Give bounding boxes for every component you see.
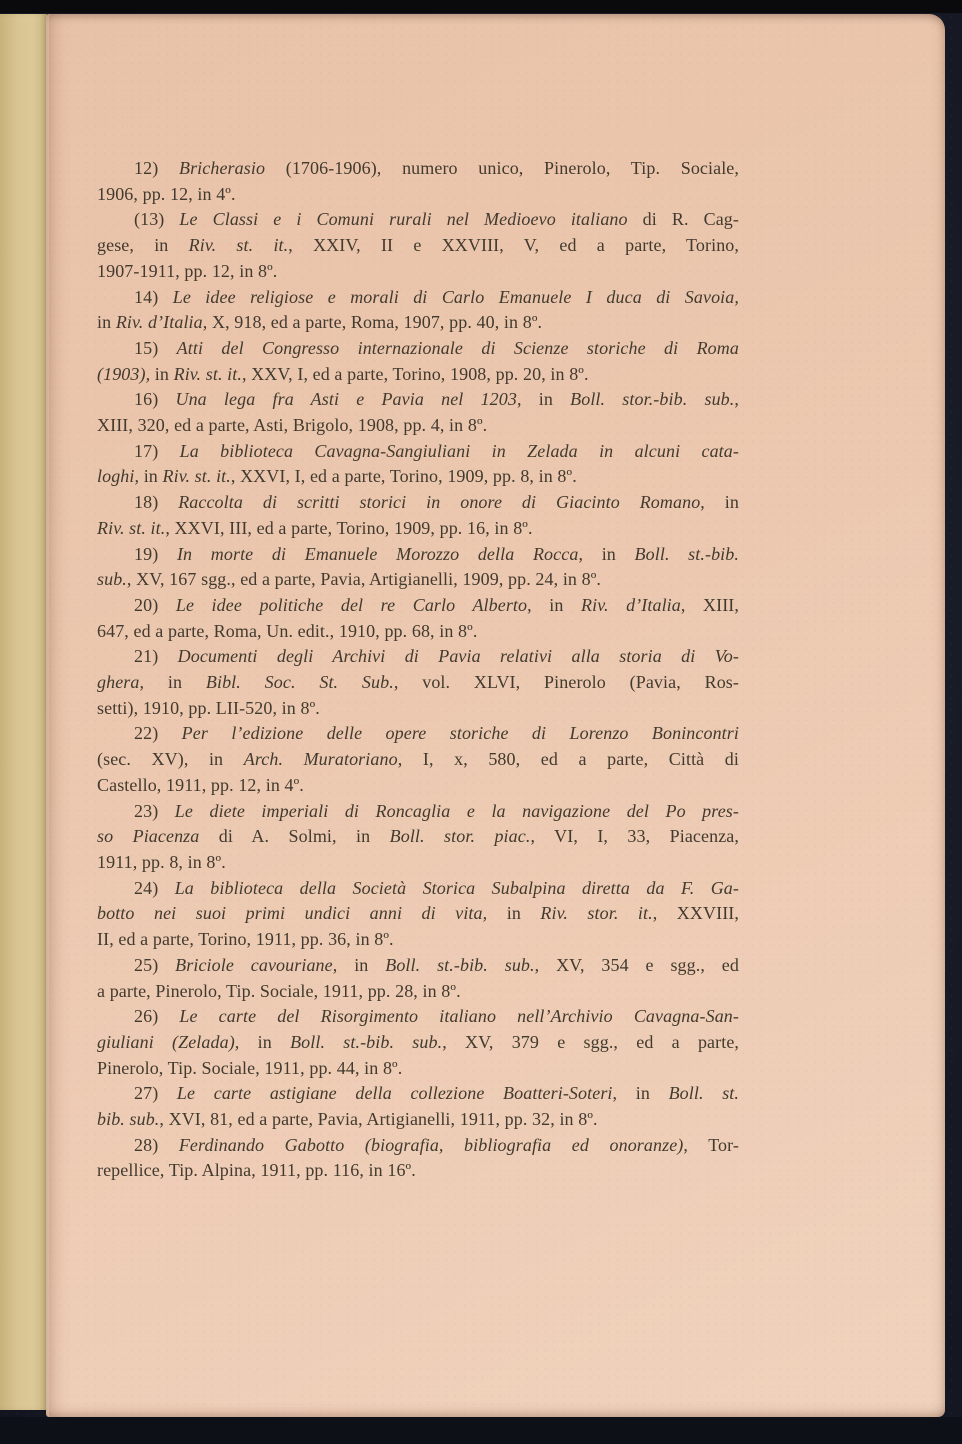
roman-text-run: , in — [613, 1083, 669, 1103]
roman-text-run: , I, x, 580, ed a parte, Città di — [398, 749, 739, 769]
italic-text-run: Le Classi e i Comuni rurali nel Medioevo… — [179, 209, 627, 229]
scan-top-edge — [0, 0, 962, 13]
roman-text-run: , Tor- — [683, 1135, 739, 1155]
bib-entry-line: 26) Le carte del Risorgimento italiano n… — [97, 1004, 739, 1030]
bib-entry-line: 23) Le diete imperiali di Roncaglia e la… — [97, 799, 739, 825]
roman-text-run: 21) — [134, 646, 178, 666]
italic-text-run: Ferdinando Gabotto (biografia, bibliogra… — [179, 1135, 684, 1155]
italic-text-run: Bricherasio — [179, 158, 265, 178]
roman-text-run: 24) — [134, 878, 175, 898]
bib-entry-line: 16) Una lega fra Asti e Pavia nel 1203, … — [97, 387, 739, 413]
bib-entry-line: sub., XV, 167 sgg., ed a parte, Pavia, A… — [97, 567, 739, 593]
bib-entry-line: in Riv. d’Italia, X, 918, ed a parte, Ro… — [97, 310, 739, 336]
bib-entry-line: (sec. XV), in Arch. Muratoriano, I, x, 5… — [97, 747, 739, 773]
bib-entry-line: 1906, pp. 12, in 4º. — [97, 182, 739, 208]
italic-text-run: Una lega fra Asti e Pavia nel 1203 — [175, 389, 517, 409]
italic-text-run: Boll. st.-bib. sub. — [290, 1032, 442, 1052]
roman-text-run: , in — [517, 389, 570, 409]
italic-text-run: Boll. stor.-bib. sub. — [570, 389, 734, 409]
italic-text-run: loghi, — [97, 466, 139, 486]
bib-entry-line: 647, ed a parte, Roma, Un. edit., 1910, … — [97, 619, 739, 645]
bib-entry-line: 24) La biblioteca della Società Storica … — [97, 876, 739, 902]
italic-text-run: Riv. st. it. — [174, 364, 242, 384]
italic-text-run: Le idee religiose e morali di Carlo Eman… — [173, 287, 739, 307]
bib-entry-line: botto nei suoi primi undici anni di vita… — [97, 901, 739, 927]
italic-text-run: Boll. stor. piac. — [390, 826, 531, 846]
italic-text-run: Documenti degli Archivi di Pavia relativ… — [178, 646, 739, 666]
roman-text-run: (13) — [134, 209, 179, 229]
italic-text-run: Per l’edizione delle opere storiche di L… — [182, 723, 739, 743]
italic-text-run: Riv. st. it. — [97, 518, 165, 538]
roman-text-run: setti), 1910, pp. LII-520, in 8º. — [97, 698, 320, 718]
roman-text-run: 19) — [134, 544, 177, 564]
roman-text-run: , — [734, 389, 739, 409]
roman-text-run: 17) — [134, 441, 180, 461]
roman-text-run: , XXVIII, — [653, 903, 739, 923]
roman-text-run: (sec. XV), in — [97, 749, 244, 769]
bib-entry: 14) Le idee religiose e morali di Carlo … — [97, 285, 739, 336]
roman-text-run: di A. Solmi, in — [199, 826, 389, 846]
italic-text-run: In morte di Emanuele Morozzo della Rocca — [177, 544, 579, 564]
italic-text-run: Atti del Congresso internazionale di Sci… — [177, 338, 739, 358]
bib-entry: 23) Le diete imperiali di Roncaglia e la… — [97, 799, 739, 876]
bib-entry-line: 1911, pp. 8, in 8º. — [97, 850, 739, 876]
italic-text-run: Le idee politiche del re Carlo Alberto — [176, 595, 527, 615]
italic-text-run: Riv. st. it. — [189, 235, 289, 255]
roman-text-run: , X, 918, ed a parte, Roma, 1907, pp. 40… — [203, 312, 542, 332]
roman-text-run: in — [144, 672, 206, 692]
bib-entry-line: so Piacenza di A. Solmi, in Boll. stor. … — [97, 824, 739, 850]
bib-entry-line: 18) Raccolta di scritti storici in onore… — [97, 490, 739, 516]
roman-text-run: 12) — [134, 158, 179, 178]
roman-text-run: , in — [527, 595, 581, 615]
italic-text-run: Riv. d’Italia — [116, 312, 203, 332]
roman-text-run: 1907-1911, pp. 12, in 8º. — [97, 261, 277, 281]
roman-text-run: , XXVI, I, ed a parte, Torino, 1909, pp.… — [231, 466, 577, 486]
italic-text-run: giuliani (Zelada), — [97, 1032, 239, 1052]
bib-entry-line: 22) Per l’edizione delle opere storiche … — [97, 721, 739, 747]
roman-text-run: in — [239, 1032, 290, 1052]
bib-entry: 15) Atti del Congresso internazionale di… — [97, 336, 739, 387]
bib-entry-line: 20) Le idee politiche del re Carlo Alber… — [97, 593, 739, 619]
roman-text-run: , vol. XLVI, Pinerolo (Pavia, Ros- — [394, 672, 739, 692]
bib-entry-line: Pinerolo, Tip. Sociale, 1911, pp. 44, in… — [97, 1056, 739, 1082]
italic-text-run: botto nei suoi primi undici anni di vita… — [97, 903, 487, 923]
roman-text-run: , XVI, 81, ed a parte, Pavia, Artigianel… — [159, 1109, 597, 1129]
bib-entry: 21) Documenti degli Archivi di Pavia rel… — [97, 644, 739, 721]
italic-text-run: La biblioteca della Società Storica Suba… — [175, 878, 739, 898]
bibliography-entries: 12) Bricherasio (1706-1906), numero unic… — [97, 156, 739, 1184]
roman-text-run: in — [97, 312, 116, 332]
roman-text-run: in — [487, 903, 540, 923]
scan-bottom-edge — [0, 1417, 962, 1444]
italic-text-run: Riv. stor. it. — [540, 903, 652, 923]
bib-entry-line: 28) Ferdinando Gabotto (biografia, bibli… — [97, 1133, 739, 1159]
roman-text-run: II, ed a parte, Torino, 1911, pp. 36, in… — [97, 929, 394, 949]
italic-text-run: sub. — [97, 569, 127, 589]
bib-entry-line: bib. sub., XVI, 81, ed a parte, Pavia, A… — [97, 1107, 739, 1133]
underlying-page-edge — [0, 14, 47, 1410]
italic-text-run: Arch. Muratoriano — [244, 749, 398, 769]
italic-text-run: bib. sub. — [97, 1109, 159, 1129]
roman-text-run: 15) — [134, 338, 177, 358]
bib-entry-line: XIII, 320, ed a parte, Asti, Brigolo, 19… — [97, 413, 739, 439]
bib-entry-line: 27) Le carte astigiane della collezione … — [97, 1081, 739, 1107]
roman-text-run: 28) — [134, 1135, 179, 1155]
italic-text-run: Bibl. Soc. St. Sub. — [206, 672, 394, 692]
roman-text-run: , in — [578, 544, 634, 564]
roman-text-run: (1706-1906), numero unico, Pinerolo, Tip… — [265, 158, 739, 178]
roman-text-run: Castello, 1911, pp. 12, in 4º. — [97, 775, 304, 795]
roman-text-run: , XV, 167 sgg., ed a parte, Pavia, Artig… — [127, 569, 601, 589]
book-page: 12) Bricherasio (1706-1906), numero unic… — [46, 14, 945, 1417]
roman-text-run: , XIII, — [681, 595, 739, 615]
roman-text-run: 1911, pp. 8, in 8º. — [97, 852, 226, 872]
roman-text-run: , in — [700, 492, 739, 512]
roman-text-run: XIII, 320, ed a parte, Asti, Brigolo, 19… — [97, 415, 487, 435]
bib-entry: 18) Raccolta di scritti storici in onore… — [97, 490, 739, 541]
roman-text-run: , VI, I, 33, Piacenza, — [530, 826, 739, 846]
italic-text-run: Le carte del Risorgimento italiano nell’… — [179, 1006, 739, 1026]
roman-text-run: 647, ed a parte, Roma, Un. edit., 1910, … — [97, 621, 477, 641]
bib-entry: 17) La biblioteca Cavagna-Sangiuliani in… — [97, 439, 739, 490]
bib-entry-line: a parte, Pinerolo, Tip. Sociale, 1911, p… — [97, 979, 739, 1005]
roman-text-run: 1906, pp. 12, in 4º. — [97, 184, 236, 204]
roman-text-run: 20) — [134, 595, 176, 615]
roman-text-run: repellice, Tip. Alpina, 1911, pp. 116, i… — [97, 1160, 416, 1180]
roman-text-run: gese, in — [97, 235, 189, 255]
bib-entry-line: 15) Atti del Congresso internazionale di… — [97, 336, 739, 362]
bib-entry-line: setti), 1910, pp. LII-520, in 8º. — [97, 696, 739, 722]
bib-entry-line: (1903), in Riv. st. it., XXV, I, ed a pa… — [97, 362, 739, 388]
italic-text-run: Le diete imperiali di Roncaglia e la nav… — [175, 801, 739, 821]
roman-text-run: 16) — [134, 389, 175, 409]
bib-entry-line: 17) La biblioteca Cavagna-Sangiuliani in… — [97, 439, 739, 465]
bib-entry: 16) Una lega fra Asti e Pavia nel 1203, … — [97, 387, 739, 438]
roman-text-run: , XV, 354 e sgg., ed — [535, 955, 739, 975]
roman-text-run: a parte, Pinerolo, Tip. Sociale, 1911, p… — [97, 981, 461, 1001]
bib-entry-line: Castello, 1911, pp. 12, in 4º. — [97, 773, 739, 799]
bib-entry: 28) Ferdinando Gabotto (biografia, bibli… — [97, 1133, 739, 1184]
bib-entry-line: gese, in Riv. st. it., XXIV, II e XXVIII… — [97, 233, 739, 259]
bib-entry-line: II, ed a parte, Torino, 1911, pp. 36, in… — [97, 927, 739, 953]
italic-text-run: ghera, — [97, 672, 144, 692]
bib-entry: 26) Le carte del Risorgimento italiano n… — [97, 1004, 739, 1081]
italic-text-run: (1903), — [97, 364, 150, 384]
italic-text-run: La biblioteca Cavagna-Sangiuliani in Zel… — [180, 441, 739, 461]
bib-entry-line: ghera, in Bibl. Soc. St. Sub., vol. XLVI… — [97, 670, 739, 696]
roman-text-run: 14) — [134, 287, 173, 307]
roman-text-run: in — [139, 466, 162, 486]
italic-text-run: Raccolta di scritti storici in onore di … — [178, 492, 700, 512]
bib-entry-line: 19) In morte di Emanuele Morozzo della R… — [97, 542, 739, 568]
bib-entry: 22) Per l’edizione delle opere storiche … — [97, 721, 739, 798]
italic-text-run: Boll. st.-bib. sub. — [385, 955, 534, 975]
bib-entry-line: Riv. st. it., XXVI, III, ed a parte, Tor… — [97, 516, 739, 542]
bib-entry-line: repellice, Tip. Alpina, 1911, pp. 116, i… — [97, 1158, 739, 1184]
roman-text-run: , XXV, I, ed a parte, Torino, 1908, pp. … — [242, 364, 589, 384]
bib-entry-line: 1907-1911, pp. 12, in 8º. — [97, 259, 739, 285]
roman-text-run: di R. Cag- — [628, 209, 739, 229]
roman-text-run: , XV, 379 e sgg., ed a parte, — [442, 1032, 739, 1052]
bib-entry-line: giuliani (Zelada), in Boll. st.-bib. sub… — [97, 1030, 739, 1056]
roman-text-run: 18) — [134, 492, 178, 512]
roman-text-run: , XXVI, III, ed a parte, Torino, 1909, p… — [165, 518, 532, 538]
italic-text-run: Boll. st.-bib. — [635, 544, 739, 564]
bib-entry: 27) Le carte astigiane della collezione … — [97, 1081, 739, 1132]
italic-text-run: Briciole cavouriane — [175, 955, 333, 975]
italic-text-run: Boll. st. — [669, 1083, 739, 1103]
bib-entry: 24) La biblioteca della Società Storica … — [97, 876, 739, 953]
bib-entry-line: 21) Documenti degli Archivi di Pavia rel… — [97, 644, 739, 670]
roman-text-run: in — [150, 364, 173, 384]
roman-text-run: 26) — [134, 1006, 179, 1026]
bib-entry-line: loghi, in Riv. st. it., XXVI, I, ed a pa… — [97, 464, 739, 490]
bib-entry: 25) Briciole cavouriane, in Boll. st.-bi… — [97, 953, 739, 1004]
bib-entry-line: (13) Le Classi e i Comuni rurali nel Med… — [97, 207, 739, 233]
italic-text-run: Le carte astigiane della collezione Boat… — [177, 1083, 613, 1103]
italic-text-run: so Piacenza — [97, 826, 199, 846]
roman-text-run: , XXIV, II e XXVIII, V, ed a parte, Tori… — [288, 235, 739, 255]
bib-entry: (13) Le Classi e i Comuni rurali nel Med… — [97, 207, 739, 284]
roman-text-run: , in — [333, 955, 385, 975]
roman-text-run: 22) — [134, 723, 182, 743]
bib-entry: 19) In morte di Emanuele Morozzo della R… — [97, 542, 739, 593]
roman-text-run: 25) — [134, 955, 175, 975]
bib-entry-line: 12) Bricherasio (1706-1906), numero unic… — [97, 156, 739, 182]
bib-entry: 20) Le idee politiche del re Carlo Alber… — [97, 593, 739, 644]
bib-entry-line: 25) Briciole cavouriane, in Boll. st.-bi… — [97, 953, 739, 979]
bib-entry-line: 14) Le idee religiose e morali di Carlo … — [97, 285, 739, 311]
roman-text-run: 27) — [134, 1083, 177, 1103]
bib-entry: 12) Bricherasio (1706-1906), numero unic… — [97, 156, 739, 207]
italic-text-run: Riv. d’Italia — [581, 595, 681, 615]
roman-text-run: Pinerolo, Tip. Sociale, 1911, pp. 44, in… — [97, 1058, 402, 1078]
roman-text-run: 23) — [134, 801, 175, 821]
italic-text-run: Riv. st. it. — [163, 466, 231, 486]
